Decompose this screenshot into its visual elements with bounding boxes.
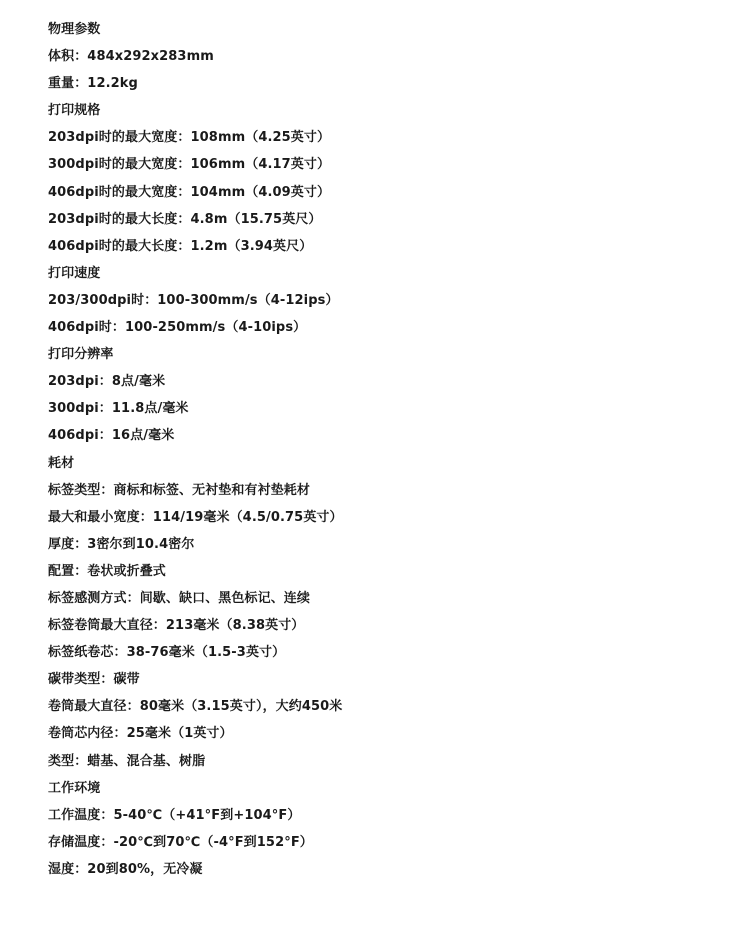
spec-item-volume: 体积：484x292x283mm [48, 43, 728, 70]
spec-item-resolution-203: 203dpi：8点/毫米 [48, 368, 728, 395]
spec-item-thickness: 厚度：3密尔到10.4密尔 [48, 531, 728, 558]
spec-item-width-range: 最大和最小宽度：114/19毫米（4.5/0.75英寸） [48, 504, 728, 531]
spec-item-weight: 重量：12.2kg [48, 70, 728, 97]
spec-item-speed-406: 406dpi时：100-250mm/s（4-10ips） [48, 314, 728, 341]
spec-item-storage-temp: 存储温度：-20℃到70℃（-4°F到152°F） [48, 829, 728, 856]
section-heading-print-speed: 打印速度 [48, 260, 728, 287]
spec-item-label-type: 标签类型：商标和标签、无衬垫和有衬垫耗材 [48, 477, 728, 504]
spec-item-resolution-406: 406dpi：16点/毫米 [48, 422, 728, 449]
section-heading-resolution: 打印分辨率 [48, 341, 728, 368]
spec-item-ribbon-core: 卷筒芯内径：25毫米（1英寸） [48, 720, 728, 747]
spec-item-configuration: 配置：卷状或折叠式 [48, 558, 728, 585]
spec-item-ribbon-material: 类型：蜡基、混合基、树脂 [48, 748, 728, 775]
spec-document: 物理参数 体积：484x292x283mm 重量：12.2kg 打印规格 203… [48, 16, 728, 883]
spec-item-speed-203-300: 203/300dpi时：100-300mm/s（4-12ips） [48, 287, 728, 314]
section-heading-physical: 物理参数 [48, 16, 728, 43]
spec-item-ribbon-max-diameter: 卷筒最大直径：80毫米（3.15英寸），大约450米 [48, 693, 728, 720]
spec-item-max-width-406: 406dpi时的最大宽度：104mm（4.09英寸） [48, 179, 728, 206]
section-heading-print-spec: 打印规格 [48, 97, 728, 124]
section-heading-media: 耗材 [48, 450, 728, 477]
spec-item-ribbon-type: 碳带类型：碳带 [48, 666, 728, 693]
spec-item-operating-temp: 工作温度：5-40℃（+41°F到+104°F） [48, 802, 728, 829]
section-heading-environment: 工作环境 [48, 775, 728, 802]
spec-item-max-width-203: 203dpi时的最大宽度：108mm（4.25英寸） [48, 124, 728, 151]
spec-item-label-core: 标签纸卷芯：38-76毫米（1.5-3英寸） [48, 639, 728, 666]
spec-item-sensing: 标签感测方式：间歇、缺口、黑色标记、连续 [48, 585, 728, 612]
spec-item-humidity: 湿度：20到80%，无冷凝 [48, 856, 728, 883]
spec-item-max-width-300: 300dpi时的最大宽度：106mm（4.17英寸） [48, 151, 728, 178]
spec-item-roll-max-diameter: 标签卷筒最大直径：213毫米（8.38英寸） [48, 612, 728, 639]
spec-item-max-length-203: 203dpi时的最大长度：4.8m（15.75英尺） [48, 206, 728, 233]
spec-item-resolution-300: 300dpi：11.8点/毫米 [48, 395, 728, 422]
spec-item-max-length-406: 406dpi时的最大长度：1.2m（3.94英尺） [48, 233, 728, 260]
